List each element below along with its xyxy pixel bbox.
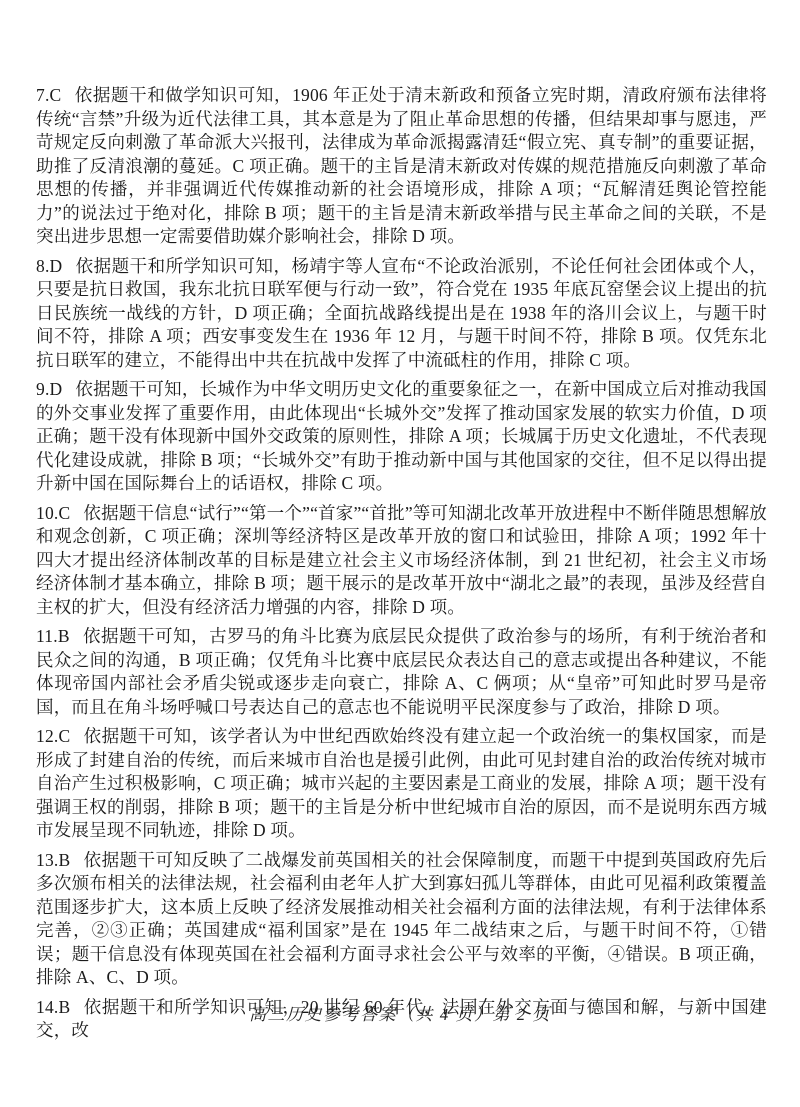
answer-item-11: 11.B依据题干可知，古罗马的角斗比赛为底层民众提供了政治参与的场所，有利于统治… bbox=[36, 625, 767, 719]
answer-key-page: 7.C依据题干和做学知识可知，1906 年正处于清末新政和预备立宪时期，清政府颁… bbox=[0, 0, 800, 1107]
answer-explanation: 依据题干信息“试行”“第一个”“首家”“首批”等可知湖北改革开放进程中不断伴随思… bbox=[36, 503, 767, 617]
answer-explanation: 依据题干和所学知识可知，杨靖宇等人宣布“不论政治派别，不论任何社会团体或个人，只… bbox=[36, 256, 767, 370]
answer-number: 12.C bbox=[36, 726, 70, 746]
answer-explanation: 依据题干可知，长城作为中华文明历史文化的重要象征之一，在新中国成立后对推动我国的… bbox=[36, 379, 767, 493]
answer-number: 8.D bbox=[36, 256, 62, 276]
answer-number: 11.B bbox=[36, 626, 70, 646]
answer-explanation: 依据题干和做学知识可知，1906 年正处于清末新政和预备立宪时期，清政府颁布法律… bbox=[36, 85, 767, 246]
answer-item-9: 9.D依据题干可知，长城作为中华文明历史文化的重要象征之一，在新中国成立后对推动… bbox=[36, 378, 767, 496]
answer-number: 13.B bbox=[36, 850, 70, 870]
answer-number: 10.C bbox=[36, 503, 70, 523]
answer-explanation: 依据题干可知，该学者认为中世纪西欧始终没有建立起一个政治统一的集权国家，而是形成… bbox=[36, 726, 767, 840]
answer-explanation: 依据题干可知，古罗马的角斗比赛为底层民众提供了政治参与的场所，有利于统治者和民众… bbox=[36, 626, 767, 717]
answers-list: 7.C依据题干和做学知识可知，1906 年正处于清末新政和预备立宪时期，清政府颁… bbox=[36, 84, 767, 1049]
answer-item-8: 8.D依据题干和所学知识可知，杨靖宇等人宣布“不论政治派别，不论任何社会团体或个… bbox=[36, 255, 767, 373]
answer-item-7: 7.C依据题干和做学知识可知，1906 年正处于清末新政和预备立宪时期，清政府颁… bbox=[36, 84, 767, 249]
page-footer: 高三历史参考答案（共 4 页）第 2 页 bbox=[0, 1000, 800, 1025]
answer-number: 7.C bbox=[36, 85, 61, 105]
answer-number: 9.D bbox=[36, 379, 62, 399]
answer-item-10: 10.C依据题干信息“试行”“第一个”“首家”“首批”等可知湖北改革开放进程中不… bbox=[36, 502, 767, 620]
answer-explanation: 依据题干可知反映了二战爆发前英国相关的社会保障制度，而题干中提到英国政府先后多次… bbox=[36, 850, 767, 988]
answer-item-13: 13.B依据题干可知反映了二战爆发前英国相关的社会保障制度，而题干中提到英国政府… bbox=[36, 849, 767, 990]
answer-item-12: 12.C依据题干可知，该学者认为中世纪西欧始终没有建立起一个政治统一的集权国家，… bbox=[36, 725, 767, 843]
